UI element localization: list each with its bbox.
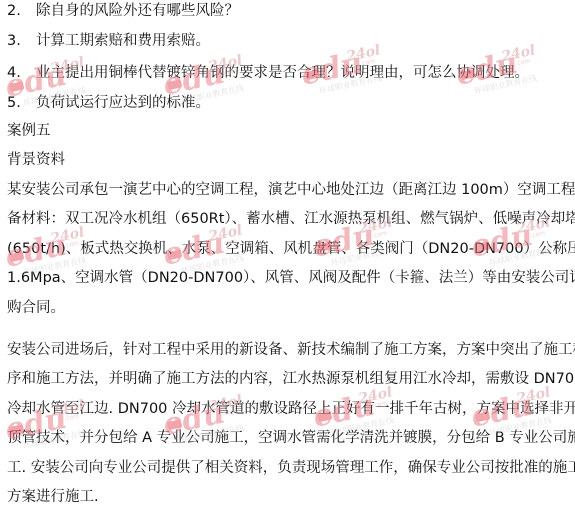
question-5: 5.负荷试运行应达到的标准。 (7, 93, 210, 113)
question-number: 2. (7, 1, 36, 21)
paragraph-2-line: 冷却水管至江边. DN700 冷却水管道的敷设路径上正好有一排千年古树，方案中选… (7, 399, 575, 419)
question-text: 负荷试运行应达到的标准。 (36, 95, 210, 111)
question-4: 4.业主提出用铜棒代替镀锌角钢的要求是否合理？说明理由，可怎么协调处理。 (7, 63, 529, 83)
paragraph-1-line: 备材料：双工况冷水机组（650Rt）、蓄水槽、江水源热泵机组、燃气锅炉、低噪声冷… (7, 209, 575, 229)
paragraph-2-line: 方案进行施工. (7, 487, 99, 507)
paragraph-1-line: 1.6Mpa、空调水管（DN20-DN700）、风管、风阀及配件（卡箍、法兰）等… (7, 268, 575, 288)
question-number: 4. (7, 63, 36, 83)
paragraph-2-line: 顶管技术，并分包给 A 专业公司施工，空调水管需化学清洗并镀膜，分包给 B 专业… (7, 428, 575, 448)
case-title: 案例五 (7, 121, 51, 141)
paragraph-2-line: 序和施工方法，并明确了施工方法的内容，江水热源泵机组复用江水冷却，需敷设 DN7… (7, 369, 575, 389)
question-3: 3.计算工期索赔和费用索赔。 (7, 31, 210, 51)
paragraph-2-line: 安装公司进场后，针对工程中采用的新设备、新技术编制了施工方案，方案中突出了施工程 (7, 340, 575, 360)
document-page: 2.除自身的风险外还有哪些风险？ 3.计算工期索赔和费用索赔。 4.业主提出用铜… (0, 0, 575, 519)
paragraph-1-line: (650t/h)、板式热交换机、水泵、空调箱、风机盘管、各类阀门（DN20-DN… (7, 239, 575, 259)
question-number: 3. (7, 31, 36, 51)
question-text: 除自身的风险外还有哪些风险？ (36, 3, 239, 19)
paragraph-2-line: 工. 安装公司向专业公司提供了相关资料，负责现场管理工作，确保专业公司按批准的施… (7, 458, 575, 478)
question-2: 2.除自身的风险外还有哪些风险？ (7, 1, 239, 21)
paragraph-1-line: 某安装公司承包一演艺中心的空调工程，演艺中心地处江边（距离江边 100m）空调工… (7, 180, 575, 200)
question-number: 5. (7, 93, 36, 113)
question-text: 业主提出用铜棒代替镀锌角钢的要求是否合理？说明理由，可怎么协调处理。 (36, 65, 529, 81)
section-title: 背景资料 (7, 150, 65, 170)
paragraph-1-line: 购合同。 (7, 298, 65, 318)
question-text: 计算工期索赔和费用索赔。 (36, 33, 210, 49)
